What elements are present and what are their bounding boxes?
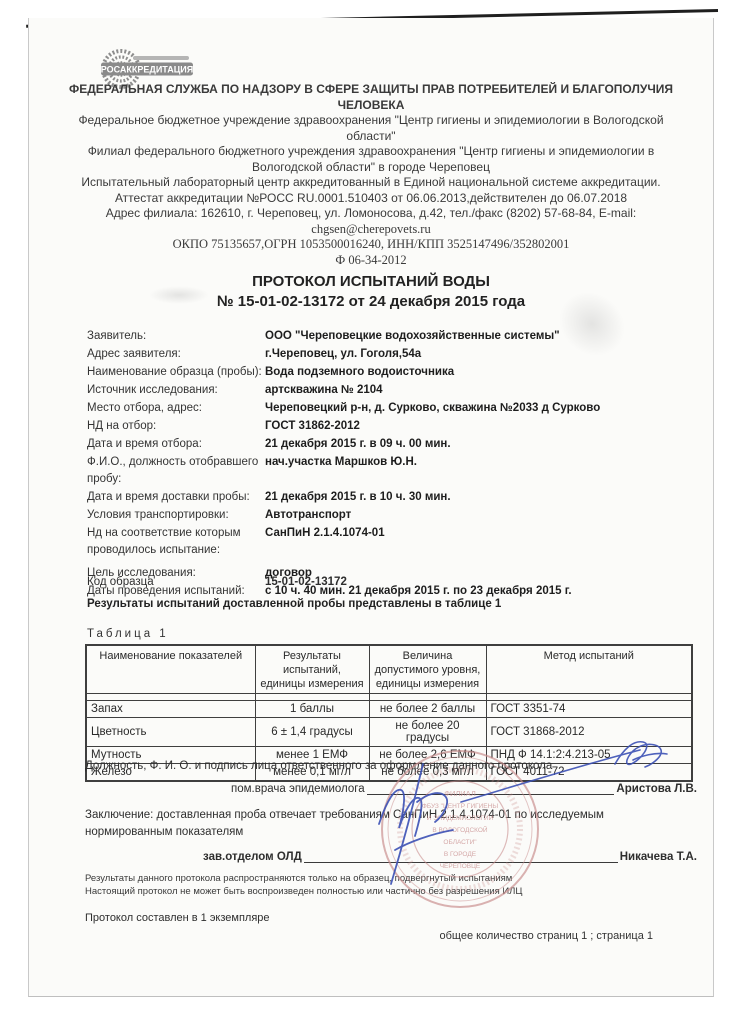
field-label: Место отбора, адрес:: [87, 400, 265, 417]
table-header-row: Наименование показателей Результаты испы…: [86, 645, 692, 694]
logo-label: РОСАККРЕДИТАЦИЯ: [101, 65, 193, 75]
field-value: 21 декабря 2015 г. в 09 ч. 00 мин.: [265, 436, 693, 453]
field-row: Наименование образца (пробы):Вода подзем…: [87, 364, 693, 381]
field-row: Источник исследования:артскважина № 2104: [87, 382, 693, 399]
letterhead: ФЕДЕРАЛЬНАЯ СЛУЖБА ПО НАДЗОРУ В СФЕРЕ ЗА…: [55, 82, 687, 268]
field-value: СанПиН 2.1.4.1074-01: [265, 525, 693, 559]
disclaimer-notes: Результаты данного протокола распростран…: [85, 873, 697, 898]
copies-note: Протокол составлен в 1 экземпляре: [85, 912, 697, 924]
cell-method: ГОСТ 3351-74: [486, 701, 692, 718]
disclaimer-line1: Результаты данного протокола распростран…: [85, 873, 697, 886]
field-label: Дата и время доставки пробы:: [87, 489, 265, 506]
col-header-method: Метод испытаний: [486, 645, 692, 694]
document-page: РОСАККРЕДИТАЦИЯ ФЕДЕРАЛЬНАЯ СЛУЖБА ПО НА…: [28, 18, 714, 997]
field-label: Нд на соответствие которым проводилось и…: [87, 525, 265, 559]
branch-name: Филиал федерального бюджетного учреждени…: [55, 144, 687, 175]
field-label: НД на отбор:: [87, 418, 265, 435]
field-value: нач.участка Маршков Ю.Н.: [265, 454, 693, 488]
signature-row-epidemiologist: пом.врача эпидемиолога Аристова Л.В.: [85, 780, 697, 795]
field-label: Источник исследования:: [87, 382, 265, 399]
field-label: Наименование образца (пробы):: [87, 364, 265, 381]
conclusion-text: Заключение: доставленная проба отвечает …: [85, 807, 645, 840]
cell-result: 6 ± 1,4 градусы: [255, 718, 369, 747]
field-label: Ф.И.О., должность отобравшего пробу:: [87, 454, 265, 488]
cell-indicator: Цветность: [86, 718, 255, 747]
signature-section: Должность, Ф. И. О. и подпись лица ответ…: [85, 760, 697, 924]
accreditation-certificate: Аттестат аккредитации №РОСС RU.0001.5104…: [55, 191, 687, 207]
branch-address: Адрес филиала: 162610, г. Череповец, ул.…: [55, 206, 687, 222]
sample-info-fields: Заявитель:ООО "Череповецкие водохозяйств…: [87, 328, 693, 601]
title-line1: ПРОТОКОЛ ИСПЫТАНИЙ ВОДЫ: [29, 272, 713, 292]
table-row: Цветность 6 ± 1,4 градусы не более 20 гр…: [86, 718, 692, 747]
disclaimer-line2: Настоящий протокол не может быть воспрои…: [85, 886, 697, 899]
institution-name: Федеральное бюджетное учреждение здравоо…: [55, 113, 687, 144]
scan-smudge: [149, 286, 209, 304]
col-header-indicator: Наименование показателей: [86, 645, 255, 694]
field-label: Заявитель:: [87, 328, 265, 345]
field-label: Адрес заявителя:: [87, 346, 265, 363]
signer-name: Никачева Т.А.: [620, 851, 697, 863]
signer-role: пом.врача эпидемиолога: [231, 783, 365, 795]
field-row: Место отбора, адрес:Череповецкий р-н, д.…: [87, 400, 693, 417]
lab-center-line: Испытательный лабораторный центр аккреди…: [55, 175, 687, 191]
field-value: Вода подземного водоисточника: [265, 364, 693, 381]
signature-line: [304, 848, 618, 863]
field-row: Нд на соответствие которым проводилось и…: [87, 525, 693, 559]
signature-row-department-head: зав.отделом ОЛД Никачева Т.А.: [85, 848, 697, 863]
table-caption: Таблица 1: [87, 628, 169, 640]
field-label: Дата и время отбора:: [87, 436, 265, 453]
field-value: г.Череповец, ул. Гоголя,54а: [265, 346, 693, 363]
branch-email: chgsen@cherepovets.ru: [55, 222, 687, 238]
col-header-limit: Величина допустимого уровня, единицы изм…: [369, 645, 486, 694]
field-value: Автотранспорт: [265, 507, 693, 524]
field-row: Условия транспортировки:Автотранспорт: [87, 507, 693, 524]
field-value: артскважина № 2104: [265, 382, 693, 399]
signature-line: [367, 780, 615, 795]
results-note: Результаты испытаний доставленной пробы …: [87, 598, 501, 610]
responsible-person-line: Должность, Ф. И. О. и подпись лица ответ…: [85, 760, 697, 772]
field-row: Ф.И.О., должность отобравшего пробу:нач.…: [87, 454, 693, 488]
field-row: НД на отбор:ГОСТ 31862-2012: [87, 418, 693, 435]
cell-limit: не более 20 градусы: [369, 718, 486, 747]
field-value: 21 декабря 2015 г. в 10 ч. 30 мин.: [265, 489, 693, 506]
cell-method: ГОСТ 31868-2012: [486, 718, 692, 747]
table-spacer-row: [86, 694, 692, 701]
field-label: Условия транспортировки:: [87, 507, 265, 524]
signer-name: Аристова Л.В.: [616, 783, 697, 795]
agency-name: ФЕДЕРАЛЬНАЯ СЛУЖБА ПО НАДЗОРУ В СФЕРЕ ЗА…: [55, 82, 687, 113]
table-row: Запах 1 баллы не более 2 баллы ГОСТ 3351…: [86, 701, 692, 718]
cell-result: 1 баллы: [255, 701, 369, 718]
col-header-result: Результаты испытаний, единицы измерения: [255, 645, 369, 694]
page-count-note: общее количество страниц 1 ; страница 1: [439, 930, 653, 942]
field-row: Дата и время доставки пробы:21 декабря 2…: [87, 489, 693, 506]
form-number: Ф 06-34-2012: [55, 253, 687, 269]
sample-code-row: Код образца 15-01-02-13172: [87, 576, 693, 588]
cell-limit: не более 2 баллы: [369, 701, 486, 718]
field-value: ГОСТ 31862-2012: [265, 418, 693, 435]
signer-role: зав.отделом ОЛД: [203, 851, 302, 863]
sample-code-value: 15-01-02-13172: [265, 576, 693, 588]
field-value: ООО "Череповецкие водохозяйственные сист…: [265, 328, 693, 345]
cell-indicator: Запах: [86, 701, 255, 718]
sample-code-label: Код образца: [87, 576, 265, 588]
field-value: Череповецкий р-н, д. Сурково, скважина №…: [265, 400, 693, 417]
registration-codes: ОКПО 75135657,ОГРН 1053500016240, ИНН/КП…: [55, 237, 687, 253]
field-row: Дата и время отбора:21 декабря 2015 г. в…: [87, 436, 693, 453]
